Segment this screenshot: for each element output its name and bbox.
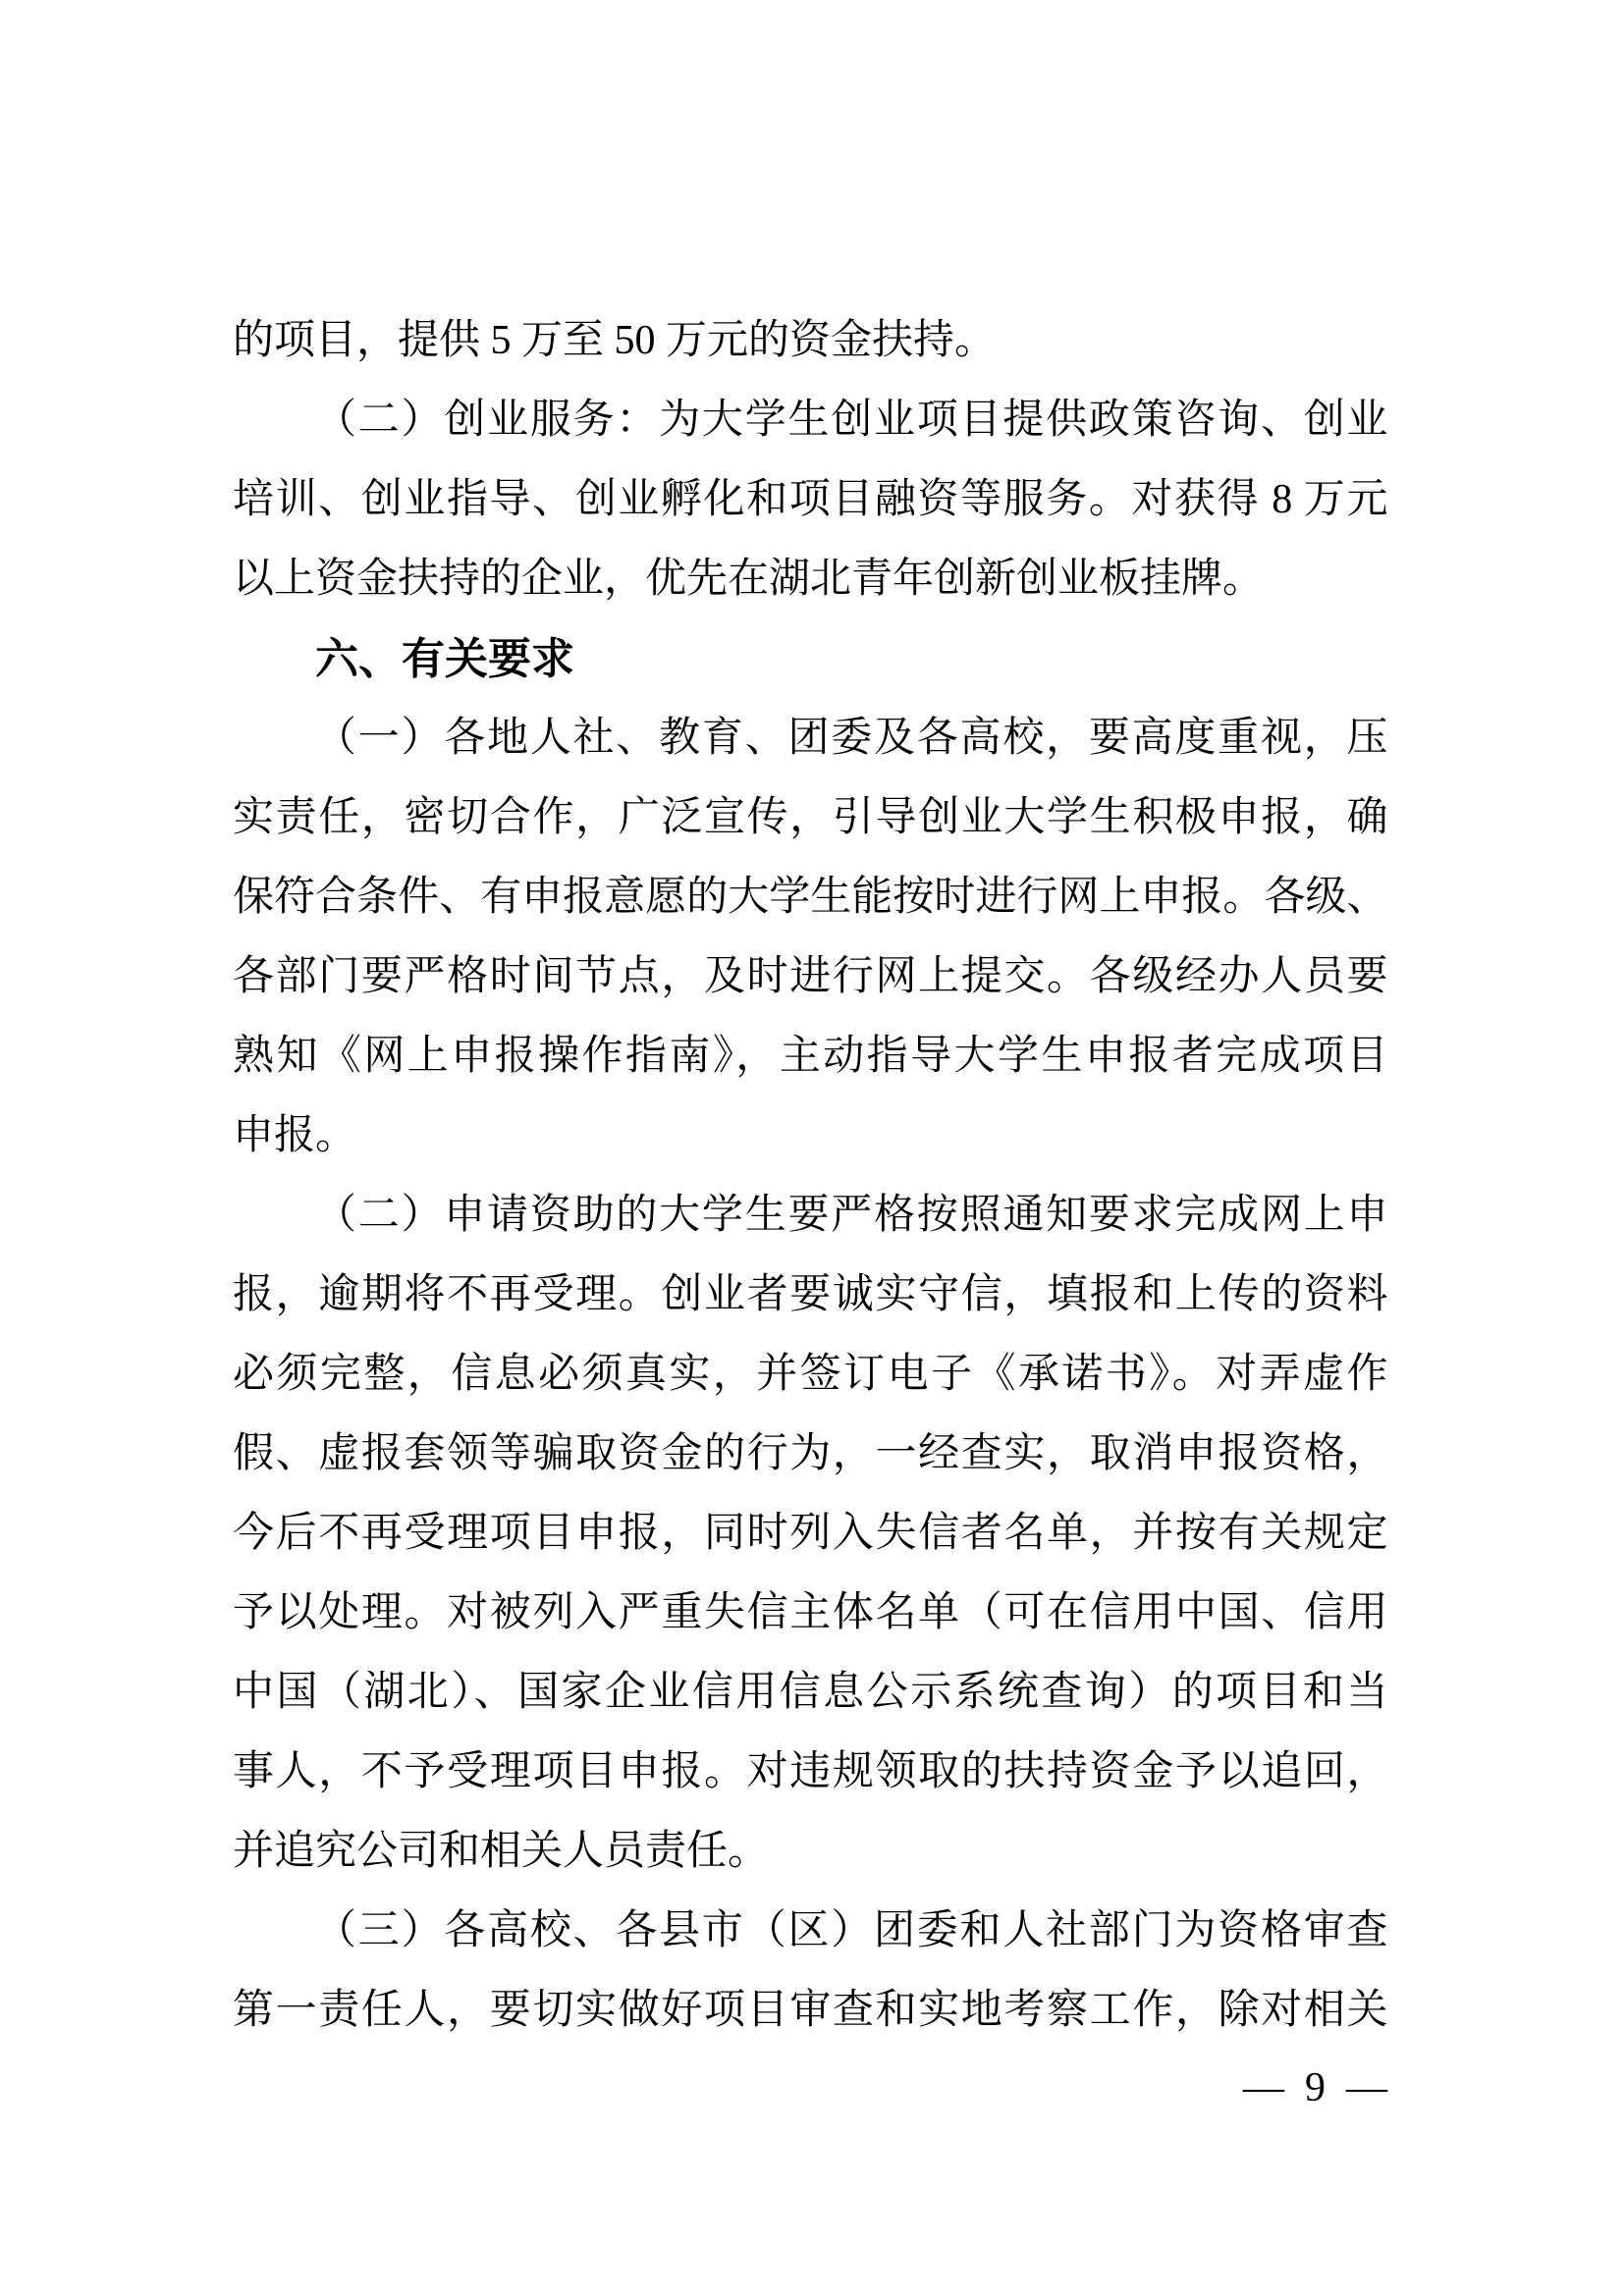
text-line: 各部门要严格时间节点，及时进行网上提交。各级经办人员要 (233, 937, 1387, 1017)
text-line: （一）各地人社、教育、团委及各高校，要高度重视，压 (233, 699, 1387, 778)
text-line: 报，逾期将不再受理。创业者要诚实守信，填报和上传的资料 (233, 1255, 1387, 1335)
text-line: 以上资金扶持的企业，优先在湖北青年创新创业板挂牌。 (233, 540, 1387, 619)
text-line: 实责任，密切合作，广泛宣传，引导创业大学生积极申报，确 (233, 778, 1387, 858)
page-number: — 9 — (233, 2064, 1387, 2111)
text-line: 予以处理。对被列入严重失信主体名单（可在信用中国、信用 (233, 1574, 1387, 1653)
text-line: 第一责任人，要切实做好项目审查和实地考察工作，除对相关 (233, 1971, 1387, 2051)
text-line: 必须完整，信息必须真实，并签订电子《承诺书》。对弄虚作 (233, 1335, 1387, 1415)
section-heading: 六、有关要求 (233, 619, 1387, 699)
document-body: 的项目，提供 5 万至 50 万元的资金扶持。（二）创业服务：为大学生创业项目提… (233, 301, 1387, 2051)
document-page: 的项目，提供 5 万至 50 万元的资金扶持。（二）创业服务：为大学生创业项目提… (0, 0, 1624, 2296)
text-line: 中国（湖北）、国家企业信用信息公示系统查询）的项目和当 (233, 1653, 1387, 1733)
text-line: 假、虚报套领等骗取资金的行为，一经查实，取消申报资格， (233, 1415, 1387, 1494)
text-line: （二）申请资助的大学生要严格按照通知要求完成网上申 (233, 1176, 1387, 1255)
text-line: 的项目，提供 5 万至 50 万元的资金扶持。 (233, 301, 1387, 381)
text-line: 今后不再受理项目申报，同时列入失信者名单，并按有关规定 (233, 1494, 1387, 1574)
text-line: 并追究公司和相关人员责任。 (233, 1812, 1387, 1892)
text-line: 熟知《网上申报操作指南》，主动指导大学生申报者完成项目 (233, 1017, 1387, 1096)
text-line: 保符合条件、有申报意愿的大学生能按时进行网上申报。各级、 (233, 858, 1387, 937)
text-line: 培训、创业指导、创业孵化和项目融资等服务。对获得 8 万元 (233, 460, 1387, 540)
text-line: 事人，不予受理项目申报。对违规领取的扶持资金予以追回， (233, 1733, 1387, 1812)
text-line: 申报。 (233, 1096, 1387, 1176)
text-line: （三）各高校、各县市（区）团委和人社部门为资格审查 (233, 1892, 1387, 1971)
text-line: （二）创业服务：为大学生创业项目提供政策咨询、创业 (233, 381, 1387, 460)
